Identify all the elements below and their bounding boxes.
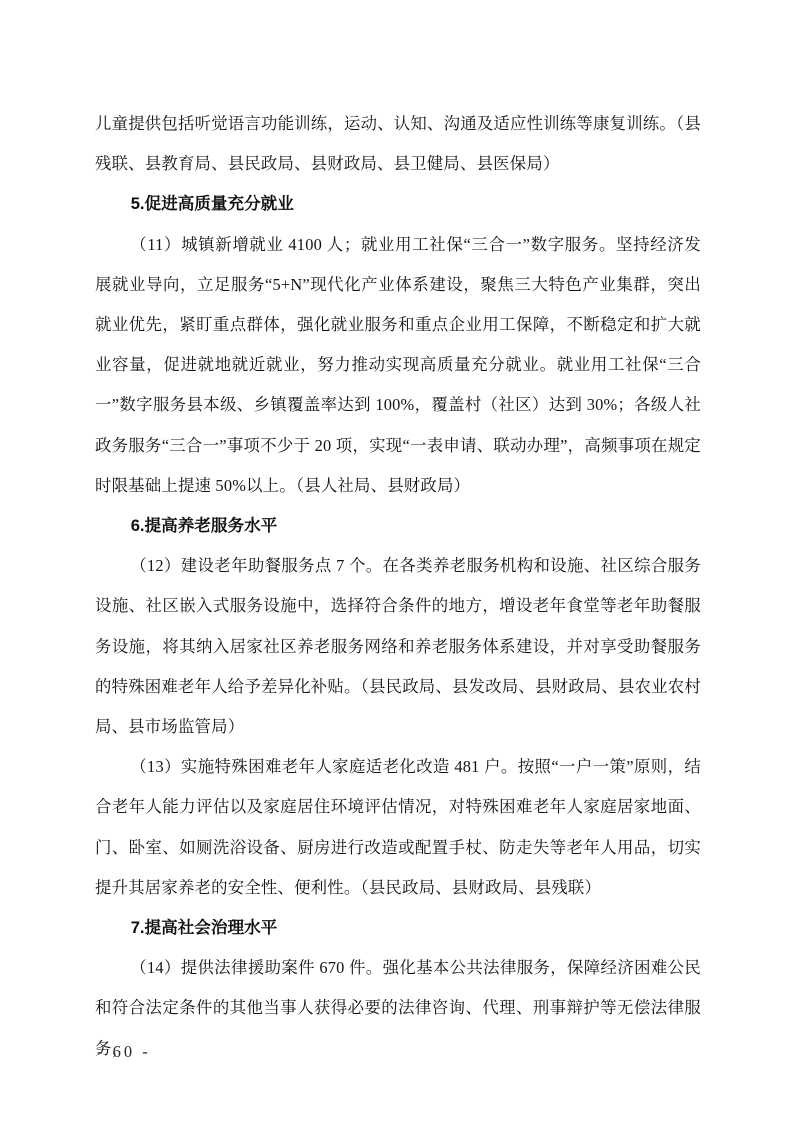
heading-section-5-employment: 5.促进高质量充分就业 <box>95 184 701 224</box>
paragraph-item-12-meal-service: （12）建设老年助餐服务点 7 个。在各类养老服务机构和设施、社区综合服务设施、… <box>95 546 701 747</box>
heading-section-7-social-governance: 7.提高社会治理水平 <box>95 908 701 948</box>
document-page: 儿童提供包括听觉语言功能训练，运动、认知、沟通及适应性训练等康复训练。（县残联、… <box>0 0 793 1122</box>
page-text-block: 儿童提供包括听觉语言功能训练，运动、认知、沟通及适应性训练等康复训练。（县残联、… <box>95 104 701 1069</box>
paragraph-item-14-legal-aid: （14）提供法律援助案件 670 件。强化基本公共法律服务，保障经济困难公民和符… <box>95 948 701 1069</box>
heading-section-6-elderly-care: 6.提高养老服务水平 <box>95 506 701 546</box>
page-number: - 60 - <box>97 1041 151 1063</box>
paragraph-item-11-employment: （11）城镇新增就业 4100 人；就业用工社保“三合一”数字服务。坚持经济发展… <box>95 225 701 506</box>
paragraph-continuation-rehab-training: 儿童提供包括听觉语言功能训练，运动、认知、沟通及适应性训练等康复训练。（县残联、… <box>95 104 701 184</box>
paragraph-item-13-home-renovation: （13）实施特殊困难老年人家庭适老化改造 481 户。按照“一户一策”原则，结合… <box>95 747 701 908</box>
